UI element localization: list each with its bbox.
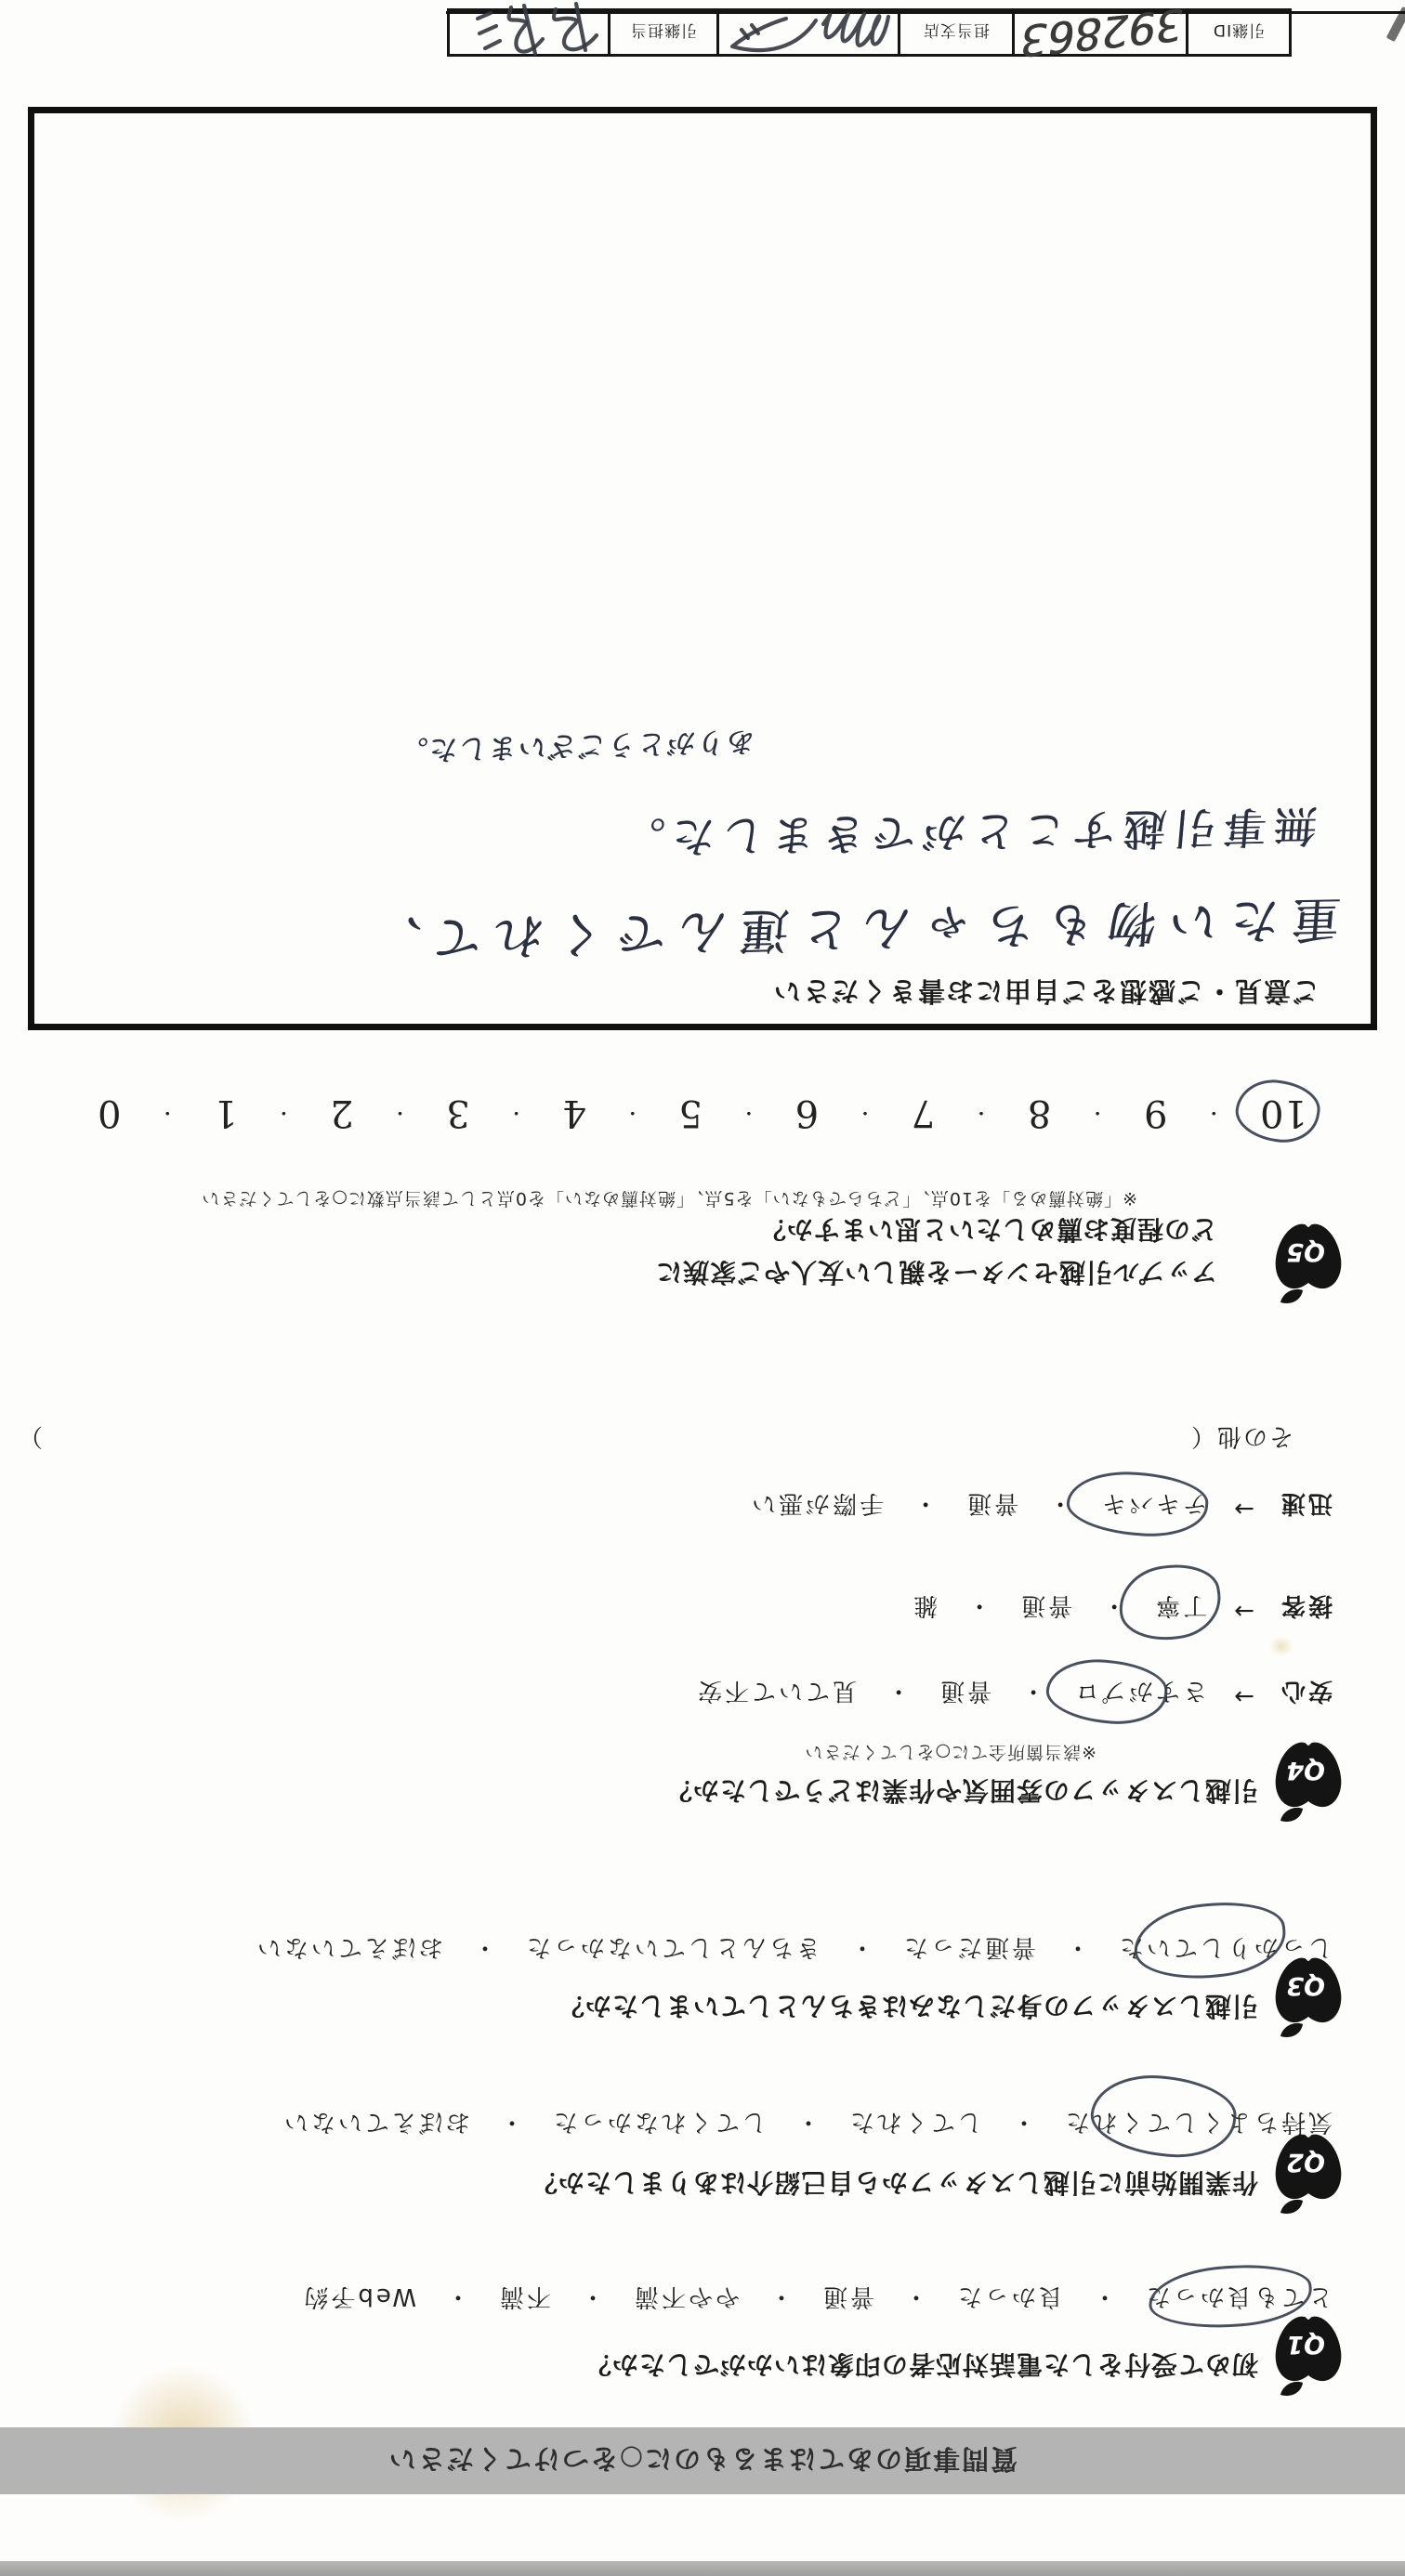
q5-note: ※「絶対薦める」を10点、「どちらでもない」を5点、「絶対薦めない」を0点として… (201, 1187, 1137, 1212)
score-10-circle (1232, 1075, 1323, 1147)
q4-row-jinsoku-arrow: → (1231, 1488, 1254, 1523)
q3-icon-label: Q3 (1286, 1971, 1325, 2000)
q3-question: 引越しスタッフの身だしなみはきちんとしていましたか？ (558, 1989, 1258, 2026)
paper-stain-small (1269, 1636, 1293, 1656)
footer-table: 引継ID 392863 担当支店 引継担当 (447, 8, 1292, 57)
q4-other-label: その他（ (1189, 1421, 1293, 1456)
handwritten-id-number: 392863 (1018, 0, 1187, 67)
footer-cell-branch-label: 担当支店 (898, 11, 1012, 54)
q3-answer-circle (1130, 1896, 1289, 1986)
score-separator: ・ (507, 1098, 526, 1129)
score-separator: ・ (856, 1098, 874, 1129)
score-0: 0 (98, 1092, 121, 1134)
q5-apple-icon: Q5 (1269, 1216, 1347, 1305)
score-5: 5 (679, 1092, 702, 1134)
q4-sekkyaku-answer-circle (1114, 1559, 1226, 1647)
q5-question-line1: アップル引越センターを親しい友人やご家族に (655, 1255, 1217, 1292)
score-separator: ・ (1204, 1098, 1223, 1129)
q1-apple-icon: Q1 (1269, 2308, 1347, 2398)
staff-label: 引継担当 (630, 21, 697, 45)
q4-row-sekkyaku-label: 接客 (1279, 1590, 1333, 1625)
q4-row-anshin-arrow: → (1231, 1676, 1254, 1710)
q4-question: 引越しスタッフの雰囲気や作業はどうでしたか？ (665, 1773, 1258, 1811)
score-1: 1 (214, 1092, 237, 1134)
handwritten-comment-line2: 無事引越すことができました。 (611, 798, 1320, 871)
q2-answer-circle (1087, 2069, 1240, 2164)
q4-icon-label: Q4 (1286, 1756, 1325, 1785)
q4-row-jinsoku: 迅速 → テキパキ ・ 普通 ・ 手際が悪い (749, 1488, 1333, 1523)
footer-cell-staff-label: 引継担当 (608, 11, 716, 54)
branch-label: 担当支店 (923, 21, 990, 45)
score-separator: ・ (391, 1098, 410, 1129)
scanned-survey-page: 質問事項のあてはまるものに○をつけてください Q1 初めて受付をした電話対応者の… (0, 0, 1405, 2576)
score-separator: ・ (158, 1098, 177, 1129)
q4-jinsoku-answer-circle (1065, 1468, 1210, 1540)
score-6: 6 (795, 1092, 819, 1134)
footer-cell-id-value: 392863 (1012, 11, 1186, 54)
branch-signature-handwriting (716, 0, 898, 65)
score-9: 9 (1144, 1092, 1167, 1134)
score-separator: ・ (274, 1098, 293, 1129)
score-4: 4 (562, 1092, 585, 1134)
score-2: 2 (330, 1092, 353, 1134)
footer-cell-staff-value (450, 11, 608, 54)
score-separator: ・ (1088, 1098, 1107, 1129)
id-label: 引継ID (1213, 21, 1265, 45)
q4-row-sekkyaku-arrow: → (1231, 1590, 1254, 1625)
score-separator: ・ (972, 1098, 991, 1129)
q4-row-anshin: 安心 → さすがプロ ・ 普通 ・ 見ていて不安 (695, 1676, 1333, 1710)
q1-question: 初めて受付をした電話対応者の印象はいかがでしたか？ (584, 2347, 1258, 2385)
comment-box-header: ご意見・ご感想をご自由にお書きください (772, 974, 1320, 1012)
q1-icon-label: Q1 (1286, 2330, 1325, 2359)
q4-other-close-paren: ） (19, 1421, 43, 1456)
q5-question-line2: どの程度お薦めしたいと思いますか？ (759, 1212, 1217, 1249)
score-7: 7 (912, 1092, 935, 1134)
q4-row-jinsoku-label: 迅速 (1279, 1488, 1333, 1523)
q4-note: ※該当箇所全てに○をしてください (805, 1741, 1097, 1766)
q2-icon-label: Q2 (1286, 2148, 1325, 2177)
score-3: 3 (446, 1092, 469, 1134)
staff-signature-handwriting (450, 0, 608, 65)
scan-edge-shadow (0, 2561, 1405, 2576)
q4-apple-icon: Q4 (1269, 1734, 1347, 1824)
score-separator: ・ (740, 1098, 758, 1129)
q4-row-anshin-label: 安心 (1279, 1676, 1333, 1710)
instruction-bar-text: 質問事項のあてはまるものに○をつけてください (387, 2442, 1018, 2480)
q2-question: 作業開始前に引越しスタッフから自己紹介はありましたか？ (531, 2165, 1258, 2203)
score-scale: 10・9・8・7・6・5・4・3・2・1・0 (98, 1092, 1307, 1134)
footer-cell-branch-value (716, 11, 898, 54)
score-8: 8 (1028, 1092, 1051, 1134)
instruction-bar: 質問事項のあてはまるものに○をつけてください (0, 2427, 1405, 2494)
q5-icon-label: Q5 (1286, 1237, 1325, 1266)
q4-anshin-answer-circle (1044, 1654, 1169, 1728)
score-separator: ・ (624, 1098, 642, 1129)
footer-cell-id-label: 引継ID (1186, 11, 1289, 54)
